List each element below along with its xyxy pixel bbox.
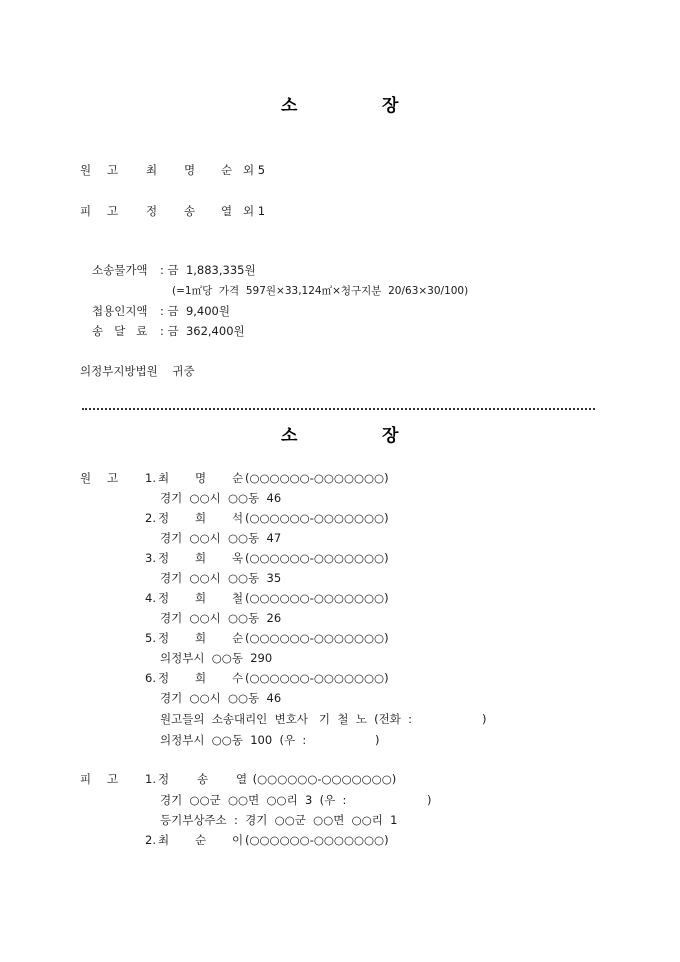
dotted-divider (82, 408, 595, 410)
plaintiff-number: 4. (145, 593, 156, 605)
plaintiff-number: 5. (145, 633, 156, 645)
plaintiff-label-1: 원 (80, 165, 91, 177)
defendant-name-char: 순 (195, 835, 206, 847)
complaint-title-jang: 장 (382, 428, 398, 445)
defendant-label-1: 피 (80, 206, 91, 218)
plaintiff-id-number: (○○○○○○-○○○○○○○) (245, 553, 389, 565)
plaintiff-name-char: 석 (232, 513, 243, 525)
complaint-title-so: 소 (281, 428, 297, 445)
plaintiff-name-char: 순 (232, 633, 243, 645)
plaintiff-name-char: 욱 (232, 553, 243, 565)
plaintiff-address: 경기 ○○시 ○○동 26 (160, 613, 281, 625)
plaintiff-name-char: 정 (158, 593, 169, 605)
plaintiff-id-number: (○○○○○○-○○○○○○○) (245, 673, 389, 685)
plaintiff-id-number: (○○○○○○-○○○○○○○) (245, 473, 389, 485)
plaintiff-name-3: 순 (221, 165, 232, 177)
plaintiff-name-1: 최 (146, 165, 157, 177)
plaintiff-address: 경기 ○○시 ○○동 46 (160, 693, 281, 705)
plaintiff-name-char: 명 (195, 473, 206, 485)
defendant-id-number: (○○○○○○-○○○○○○○) (249, 774, 396, 786)
plaintiff-name-char: 철 (232, 593, 243, 605)
amount-value-service-fee: : 금 362,400원 (160, 326, 245, 338)
defendant-name-3: 열 (221, 206, 232, 218)
plaintiff-name-char: 정 (158, 633, 169, 645)
defendant-id-number: (○○○○○○-○○○○○○○) (245, 835, 389, 847)
defendant-name-2: 송 (184, 206, 195, 218)
attorney-line: 원고들의 소송대리인 변호사 기 철 노 (전화 : (160, 714, 412, 726)
plaintiff-name-char: 희 (195, 553, 206, 565)
amount-label-litigation-value: 소송물가액 (92, 265, 148, 277)
plaintiff-label-2: 고 (107, 165, 118, 177)
plaintiff-name-char: 희 (195, 593, 206, 605)
plaintiff-address: 경기 ○○시 ○○동 47 (160, 533, 281, 545)
plaintiff-name-2: 명 (184, 165, 195, 177)
plaintiff-name-char: 희 (195, 633, 206, 645)
plaintiff-id-number: (○○○○○○-○○○○○○○) (245, 593, 389, 605)
plaintiff-id-number: (○○○○○○-○○○○○○○) (245, 633, 389, 645)
plaintiff-name-char: 수 (232, 673, 243, 685)
amount-calculation-note: (=1㎡당 가격 597원×33,124㎡×청구지분 20/63×30/100) (172, 286, 468, 297)
defendant-name-char: 이 (232, 835, 243, 847)
defendant-name-char: 최 (158, 835, 169, 847)
defendant-address: 경기 ○○군 ○○면 ○○리 3 (우 : (160, 795, 346, 807)
attorney-address: 의정부시 ○○동 100 (우 : (160, 735, 306, 747)
plaintiff-number: 2. (145, 513, 156, 525)
amount-value-litigation-value: : 금 1,883,335원 (160, 265, 256, 277)
court-addressee: 의정부지방법원 귀중 (80, 366, 195, 378)
complaint-plaintiff-label-2: 고 (107, 473, 118, 485)
plaintiff-name-char: 희 (195, 513, 206, 525)
attorney-phone-close: ) (482, 714, 487, 726)
summary-title-jang: 장 (382, 98, 398, 115)
plaintiff-number: 1. (145, 473, 156, 485)
plaintiff-name-char: 정 (158, 513, 169, 525)
plaintiff-name-char: 정 (158, 553, 169, 565)
defendant-name-char: 송 (197, 774, 208, 786)
amount-label-stamp: 첩용인지액 (92, 306, 148, 318)
amount-value-stamp: : 금 9,400원 (160, 306, 230, 318)
plaintiff-address: 경기 ○○시 ○○동 35 (160, 573, 281, 585)
defendant-name-char: 정 (158, 774, 169, 786)
complaint-plaintiff-label-1: 원 (80, 473, 91, 485)
complaint-defendant-label-1: 피 (80, 774, 91, 786)
attorney-postal-close: ) (375, 735, 380, 747)
summary-title-so: 소 (281, 98, 297, 115)
defendant-number: 1. (145, 774, 156, 786)
plaintiff-name-char: 최 (158, 473, 169, 485)
plaintiff-suffix: 외 5 (243, 165, 265, 177)
defendant-suffix: 외 1 (243, 206, 265, 218)
plaintiff-number: 3. (145, 553, 156, 565)
plaintiff-name-char: 희 (195, 673, 206, 685)
defendant-postal-close: ) (427, 795, 432, 807)
complaint-defendant-label-2: 고 (107, 774, 118, 786)
amount-label-service-fee: 송 달 료 (92, 326, 147, 338)
plaintiff-address: 의정부시 ○○동 290 (160, 653, 272, 665)
plaintiff-id-number: (○○○○○○-○○○○○○○) (245, 513, 389, 525)
defendant-name-char: 열 (236, 774, 247, 786)
plaintiff-name-char: 순 (232, 473, 243, 485)
plaintiff-number: 6. (145, 673, 156, 685)
plaintiff-name-char: 정 (158, 673, 169, 685)
defendant-name-1: 정 (146, 206, 157, 218)
defendant-registry-address: 등기부상주소 : 경기 ○○군 ○○면 ○○리 1 (160, 815, 397, 827)
defendant-label-2: 고 (107, 206, 118, 218)
defendant-number: 2. (145, 835, 156, 847)
plaintiff-address: 경기 ○○시 ○○동 46 (160, 493, 281, 505)
